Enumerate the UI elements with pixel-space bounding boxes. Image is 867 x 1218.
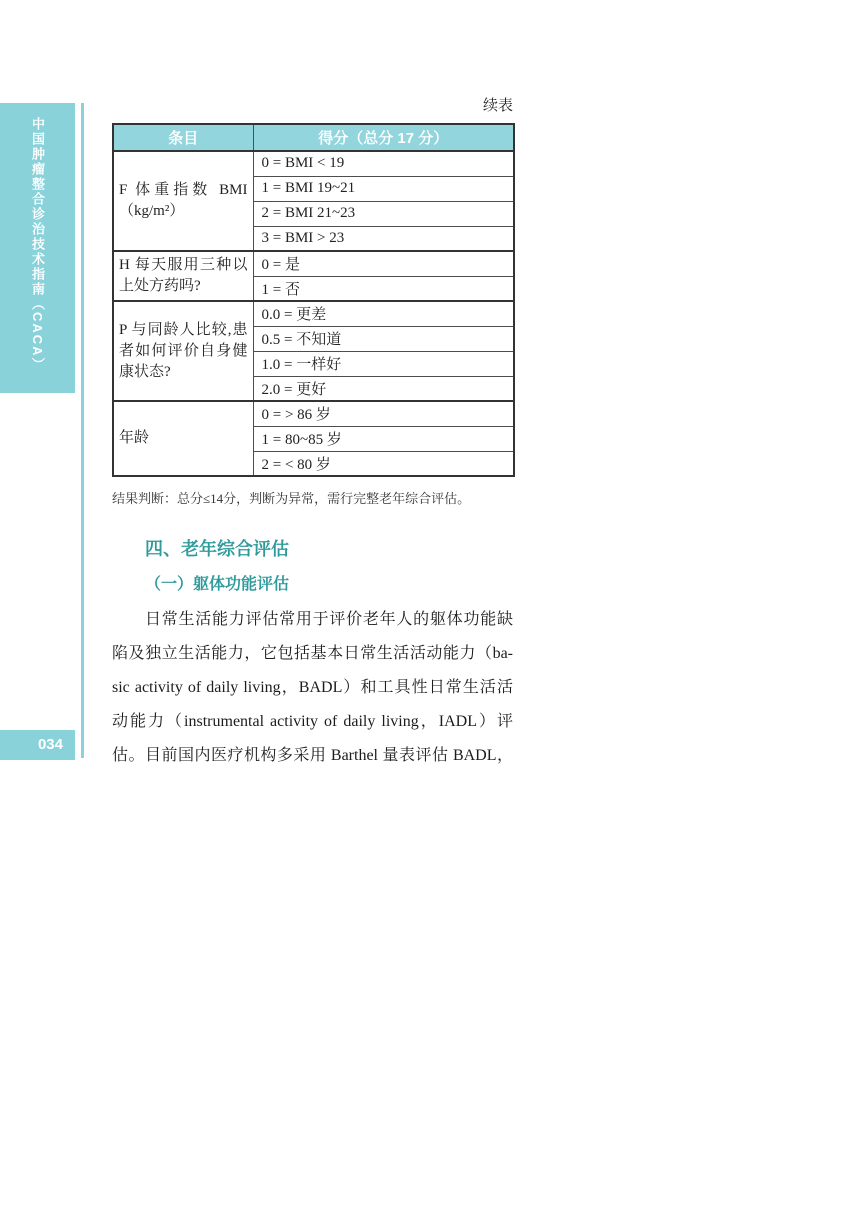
score-cell: 1.0 = 一样好 <box>253 351 514 376</box>
score-cell: 2.0 = 更好 <box>253 376 514 401</box>
score-table: 条目 得分（总分 17 分） F 体重指数 BMI（kg/m²）0 = BMI … <box>112 123 515 477</box>
sidebar-spine-bar: 中国肿瘤整合诊治技术指南（CACA） <box>0 103 75 393</box>
score-cell: 2 = BMI 21~23 <box>253 201 514 226</box>
score-cell: 0.0 = 更差 <box>253 301 514 326</box>
item-cell: H 每天服用三种以上处方药吗? <box>113 251 253 301</box>
table-row: H 每天服用三种以上处方药吗?0 = 是 <box>113 251 514 276</box>
body-paragraph: 日常生活能力评估常用于评价老年人的躯体功能缺陷及独立生活能力，它包括基本日常生活… <box>112 603 513 773</box>
document-page: 中国肿瘤整合诊治技术指南（CACA） 034 续表 条目 得分（总分 17 分）… <box>0 0 867 1218</box>
paragraph-line: sic activity of daily living，BADL）和工具性日常… <box>112 671 513 705</box>
score-cell: 1 = BMI 19~21 <box>253 176 514 201</box>
page-number-badge: 034 <box>0 730 75 760</box>
item-cell: F 体重指数 BMI（kg/m²） <box>113 151 253 251</box>
table-result-note: 结果判断：总分≤14分，判断为异常，需行完整老年综合评估。 <box>112 490 513 507</box>
subsection-heading: （一）躯体功能评估 <box>112 574 513 596</box>
paragraph-line: 日常生活能力评估常用于评价老年人的躯体功能缺 <box>112 603 513 637</box>
column-header-item: 条目 <box>113 124 253 151</box>
book-title-vertical: 中国肿瘤整合诊治技术指南（CACA） <box>0 117 75 379</box>
item-cell: P 与同龄人比较,患者如何评价自身健康状态? <box>113 301 253 401</box>
score-cell: 0.5 = 不知道 <box>253 326 514 351</box>
score-cell: 1 = 80~85 岁 <box>253 426 514 451</box>
score-cell: 3 = BMI > 23 <box>253 226 514 251</box>
table-row: 年龄0 = > 86 岁 <box>113 401 514 426</box>
score-table-body: F 体重指数 BMI（kg/m²）0 = BMI < 191 = BMI 19~… <box>113 151 514 476</box>
score-cell: 2 = < 80 岁 <box>253 451 514 476</box>
book-title-text: 中国肿瘤整合诊治技术指南（CACA） <box>28 117 47 373</box>
score-cell: 0 = > 86 岁 <box>253 401 514 426</box>
continued-table-label: 续表 <box>112 96 513 116</box>
paragraph-line: 陷及独立生活能力，它包括基本日常生活活动能力（ba- <box>112 637 513 671</box>
column-header-score: 得分（总分 17 分） <box>253 124 514 151</box>
section-heading: 四、老年综合评估 <box>112 537 513 561</box>
header-row: 条目 得分（总分 17 分） <box>113 124 514 151</box>
score-cell: 0 = BMI < 19 <box>253 151 514 176</box>
item-cell: 年龄 <box>113 401 253 476</box>
page-content: 续表 条目 得分（总分 17 分） F 体重指数 BMI（kg/m²）0 = B… <box>112 96 513 773</box>
score-cell: 1 = 否 <box>253 276 514 301</box>
table-row: P 与同龄人比较,患者如何评价自身健康状态?0.0 = 更差 <box>113 301 514 326</box>
score-cell: 0 = 是 <box>253 251 514 276</box>
paragraph-line: 动能力（instrumental activity of daily livin… <box>112 705 513 739</box>
paragraph-line: 估。目前国内医疗机构多采用 Barthel 量表评估 BADL， <box>112 739 513 773</box>
score-table-header: 条目 得分（总分 17 分） <box>113 124 514 151</box>
table-row: F 体重指数 BMI（kg/m²）0 = BMI < 19 <box>113 151 514 176</box>
spine-divider-line <box>81 103 84 758</box>
